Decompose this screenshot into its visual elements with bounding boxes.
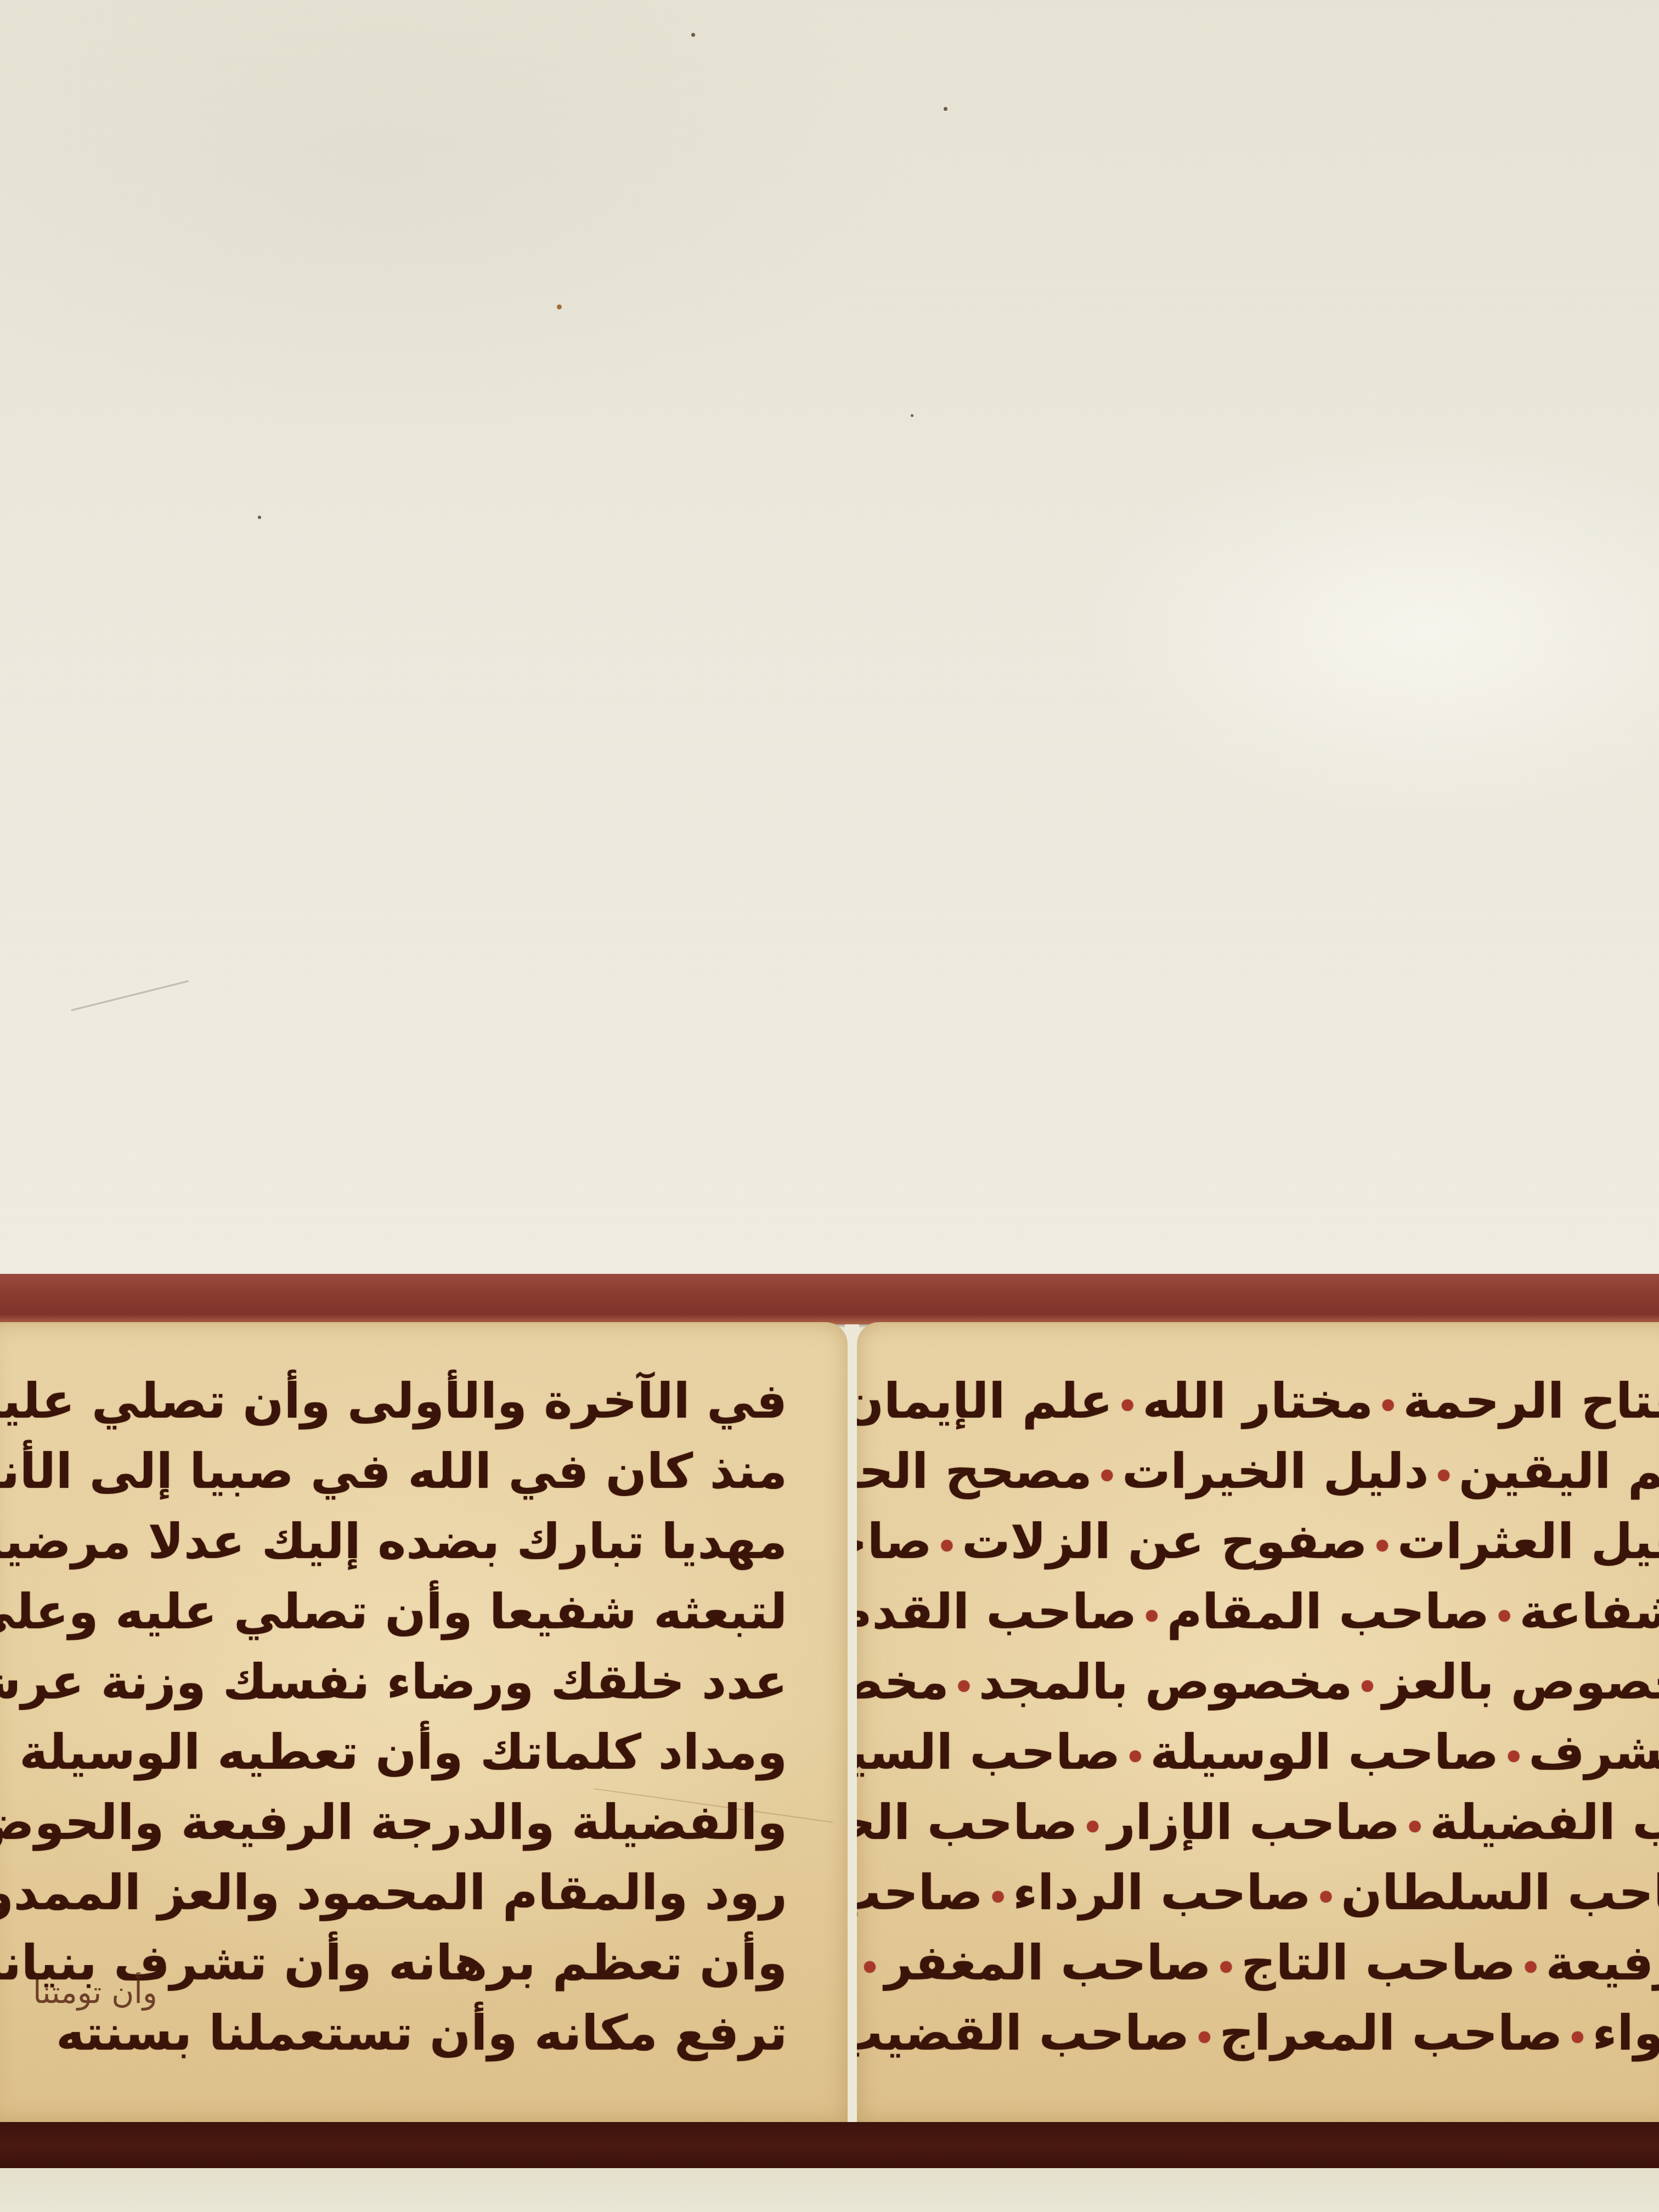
rubric-dot-icon: • — [1368, 1528, 1397, 1566]
epithet: مخصوص بالعز — [1383, 1654, 1659, 1710]
epithet: بالشرف — [1528, 1724, 1659, 1780]
epithet: علم الإيمان — [857, 1373, 1113, 1429]
wall-strip-bottom — [0, 2168, 1659, 2212]
frame-bottom-border — [0, 2122, 1659, 2168]
epithet: صفوح عن الزلات — [962, 1513, 1367, 1570]
text-line: علم اليقين•دليل الخيرات•مصحح الحسنات — [857, 1436, 1659, 1506]
epithet: مخصوص بالمجد — [979, 1654, 1352, 1710]
text-line: مفتاح الرحمة•مختار الله•علم الإيمان — [857, 1366, 1659, 1436]
rubric-dot-icon: • — [1078, 1809, 1108, 1847]
text-line: في الآخرة والأولى وأن تصلي عليه وعلى آله — [0, 1366, 787, 1436]
text-line: بالشرف•صاحب الوسيلة•صاحب السيف•صا — [857, 1717, 1659, 1787]
epithet: صاحب الرداء — [1013, 1864, 1311, 1921]
text-line: مقيل العثرات•صفوح عن الزلات•صاحب — [857, 1506, 1659, 1577]
rubric-dot-icon: • — [1137, 1598, 1166, 1637]
text-line: عدد خلقك ورضاء نفسك وزنة عرشك — [0, 1647, 787, 1717]
epithet: صاحب — [857, 1513, 932, 1570]
epithet: صاحب الحجة — [857, 1794, 1078, 1850]
epithet: مخصوص — [857, 1654, 949, 1710]
plaster-wall — [0, 0, 1659, 1276]
text-line: مهديا تبارك بضده إليك عدلا مرضيا — [0, 1506, 787, 1577]
wall-speck — [258, 516, 261, 519]
rubric-dot-icon: • — [1211, 1949, 1241, 1988]
text-line: اللواء•صاحب المعراج•صاحب القضيب•صاحب — [857, 1998, 1659, 2068]
text-line: لتبعثه شفيعا وأن تصلي عليه وعلى آله — [0, 1577, 787, 1647]
epithet: صاحب المقام — [1167, 1583, 1489, 1640]
text-line: منذ كان في الله في صبيا إلى الأنصار كهلا — [0, 1436, 787, 1506]
epithet: دليل الخيرات — [1122, 1443, 1429, 1499]
rubric-dot-icon: • — [1311, 1879, 1341, 1917]
rubric-dot-icon: • — [1120, 1739, 1150, 1777]
text-line: والفضيلة والدرجة الرفيعة والحوض المو — [0, 1787, 787, 1858]
epithet: صاحب القدم — [857, 1583, 1137, 1640]
wall-speck — [557, 304, 562, 309]
epithet: مصحح الحسنات — [857, 1443, 1092, 1499]
rubric-dot-icon: • — [1189, 2019, 1219, 2058]
epithet: صاحب الوسيلة — [1150, 1724, 1499, 1780]
epithet: الشفاعة — [1519, 1583, 1659, 1640]
right-page-text: مفتاح الرحمة•مختار الله•علم الإيمانعلم ا… — [857, 1366, 1659, 2068]
left-page-text: في الآخرة والأولى وأن تصلي عليه وعلى آله… — [0, 1366, 787, 2068]
epithet: علم اليقين — [1459, 1443, 1659, 1499]
epithet: صاحب المغفر — [885, 1934, 1211, 1991]
epithet: صاحب التاج — [1241, 1934, 1516, 1991]
rubric-dot-icon: • — [1489, 1598, 1519, 1637]
text-line: الشفاعة•صاحب المقام•صاحب القدم — [857, 1577, 1659, 1647]
text-line: ومداد كلماتك وأن تعطيه الوسيلة — [0, 1717, 787, 1787]
rubric-dot-icon: • — [857, 1949, 885, 1988]
wall-speck — [911, 414, 913, 417]
wall-speck — [691, 33, 695, 37]
epithet: اللواء — [1593, 2005, 1659, 2061]
wall-speck — [944, 107, 947, 111]
text-line: حب الفضيلة•صاحب الإزار•صاحب الحجة — [857, 1787, 1659, 1858]
text-line: مخصوص بالعز•مخصوص بالمجد•مخصوص — [857, 1647, 1659, 1717]
text-line: رود والمقام المحمود والعز الممدود — [0, 1858, 787, 1928]
manuscript-left-page: في الآخرة والأولى وأن تصلي عليه وعلى آله… — [0, 1322, 848, 2123]
epithet: الرفيعة — [1545, 1934, 1659, 1991]
rubric-dot-icon: • — [983, 1879, 1013, 1917]
epithet: صاحب الدرجة — [857, 1864, 983, 1921]
epithet: مختار الله — [1142, 1373, 1373, 1429]
rubric-dot-icon: • — [1092, 1458, 1122, 1496]
rubric-dot-icon: • — [1373, 1387, 1403, 1426]
epithet: صاحب السيف — [857, 1724, 1120, 1780]
rubric-dot-icon: • — [1516, 1949, 1545, 1988]
epithet: حب الفضيلة — [1430, 1794, 1659, 1850]
catchword: وأن تومتنا — [33, 1975, 157, 2011]
epithet: صاحب المعراج — [1220, 2005, 1563, 2061]
rubric-dot-icon: • — [949, 1668, 979, 1707]
wall-scuff — [71, 980, 189, 1011]
text-line: صاحب السلطان•صاحب الرداء•صاحب الدرجة — [857, 1858, 1659, 1928]
epithet: صاحب القضيب — [857, 2005, 1189, 2061]
rubric-dot-icon: • — [1429, 1458, 1458, 1496]
rubric-dot-icon: • — [1352, 1668, 1382, 1707]
epithet: مقيل العثرات — [1397, 1513, 1659, 1570]
epithet: صاحب الإزار — [1108, 1794, 1400, 1850]
rubric-dot-icon: • — [1499, 1739, 1528, 1777]
text-line: الرفيعة•صاحب التاج•صاحب المغفر•صاحب — [857, 1928, 1659, 1998]
frame-top-border — [0, 1274, 1659, 1324]
manuscript-right-page: مفتاح الرحمة•مختار الله•علم الإيمانعلم ا… — [857, 1322, 1659, 2123]
rubric-dot-icon: • — [1113, 1387, 1142, 1426]
epithet: صاحب السلطان — [1341, 1864, 1659, 1921]
rubric-dot-icon: • — [1400, 1809, 1430, 1847]
epithet: مفتاح الرحمة — [1403, 1373, 1659, 1429]
rubric-dot-icon: • — [932, 1528, 962, 1566]
rubric-dot-icon: • — [1562, 2019, 1592, 2058]
